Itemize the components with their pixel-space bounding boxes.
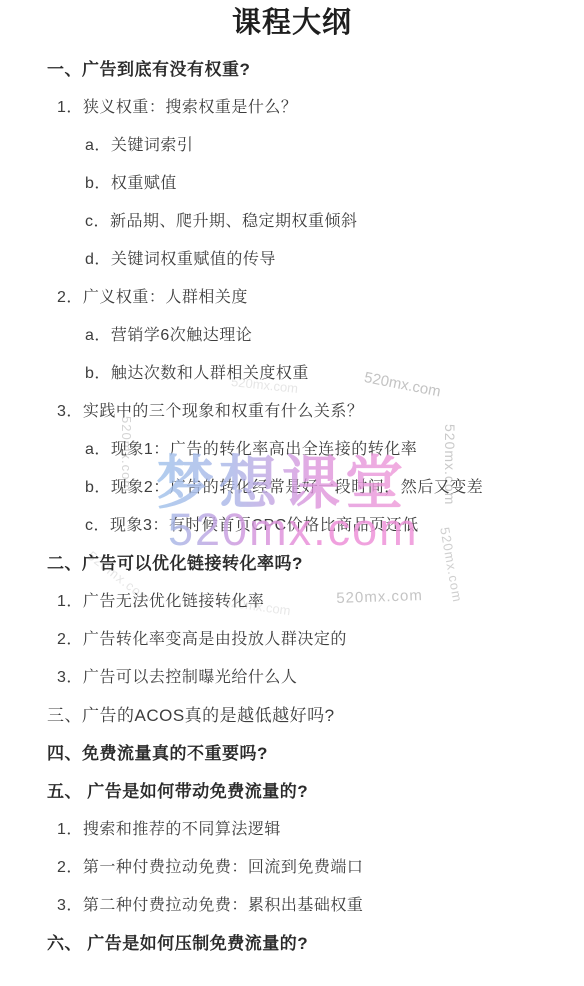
- outline-item: a．营销学6次触达理论: [85, 327, 584, 345]
- outline-item: d．关键词权重赋值的传导: [85, 251, 584, 269]
- outline-item: b．触达次数和人群相关度权重: [85, 365, 584, 383]
- outline-item: 3．广告可以去控制曝光给什么人: [57, 669, 584, 687]
- outline-item: 1．搜索和推荐的不同算法逻辑: [57, 821, 584, 839]
- outline-item: b．现象2：广告的转化经常是好一段时间，然后又变差: [85, 479, 584, 497]
- outline-item: 2．第一种付费拉动免费：回流到免费端口: [57, 859, 584, 877]
- outline-item: 三、广告的ACOS真的是越低越好吗?: [47, 707, 584, 725]
- outline-item: 3．实践中的三个现象和权重有什么关系？: [57, 403, 584, 421]
- outline-item: a．现象1：广告的转化率高出全连接的转化率: [85, 441, 584, 459]
- outline-item: c．新品期、爬升期、稳定期权重倾斜: [85, 213, 584, 231]
- outline-item: 一、广告到底有没有权重?: [47, 61, 584, 79]
- outline-item: a．关键词索引: [85, 137, 584, 155]
- outline-item: 六、 广告是如何压制免费流量的?: [47, 935, 584, 953]
- outline-item: 2．广告转化率变高是由投放人群决定的: [57, 631, 584, 649]
- outline-item: 1．狭义权重：搜索权重是什么？: [57, 99, 584, 117]
- outline-item: 四、免费流量真的不重要吗?: [47, 745, 584, 763]
- outline-item: 2．广义权重：人群相关度: [57, 289, 584, 307]
- outline-item: b．权重赋值: [85, 175, 584, 193]
- page-title: 课程大纲: [0, 6, 584, 40]
- outline-item: 3．第二种付费拉动免费：累积出基础权重: [57, 897, 584, 915]
- outline-item: 五、 广告是如何带动免费流量的?: [47, 783, 584, 801]
- course-outline: 一、广告到底有没有权重?1．狭义权重：搜索权重是什么？a．关键词索引b．权重赋值…: [0, 61, 584, 953]
- outline-item: 1．广告无法优化链接转化率: [57, 593, 584, 611]
- outline-item: 二、广告可以优化链接转化率吗?: [47, 555, 584, 573]
- outline-item: c．现象3：有时候首页CPC价格比商品页还低: [85, 517, 584, 535]
